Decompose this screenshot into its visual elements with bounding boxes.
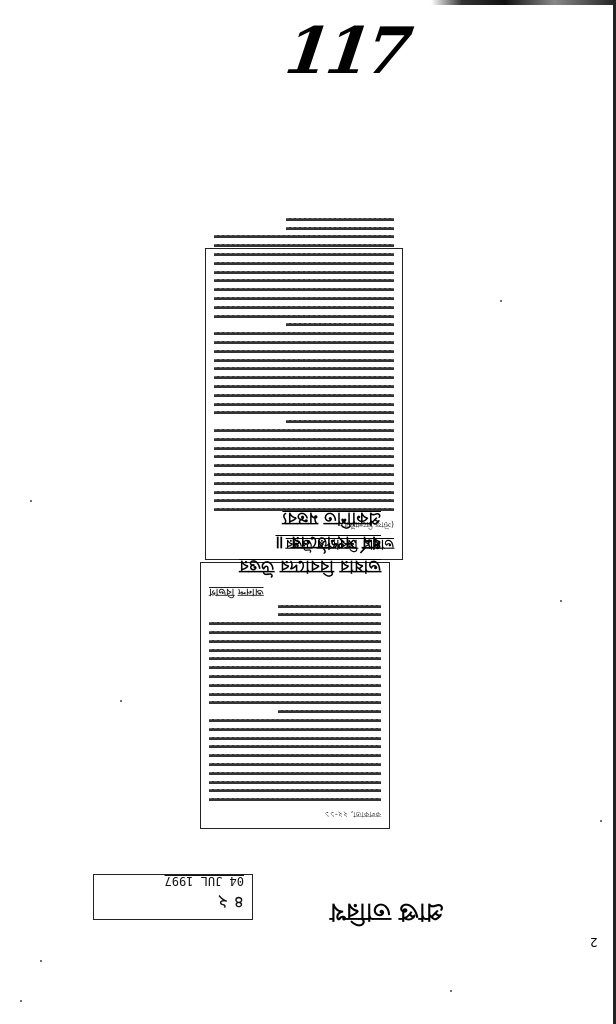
text-line <box>209 781 381 784</box>
text-line <box>214 394 394 397</box>
text-line <box>209 684 381 687</box>
text-line <box>214 297 394 300</box>
text-line <box>209 763 381 766</box>
scan-speckle <box>500 300 502 302</box>
text-line <box>209 666 381 669</box>
text-line <box>286 227 394 230</box>
handwritten-signature: প্রাপ্ত তারিখ <box>330 890 444 930</box>
text-line <box>209 772 381 775</box>
stamp-handwritten: ৪ ২ <box>102 888 244 915</box>
text-line <box>214 482 394 485</box>
text-line <box>209 737 381 740</box>
scan-speckle <box>560 600 562 602</box>
text-line <box>214 279 394 282</box>
text-line <box>214 464 394 467</box>
scan-speckle <box>40 960 42 962</box>
text-line <box>278 710 381 713</box>
text-line <box>214 455 394 458</box>
receipt-stamp: ৪ ২ 04 JUL 1997 <box>93 874 253 920</box>
text-line <box>209 631 381 634</box>
text-line <box>209 622 381 625</box>
text-line <box>278 605 381 608</box>
text-line <box>286 323 394 326</box>
text-line <box>209 719 381 722</box>
newspaper-clipping-lower: কলকাতা, ২২-১১ আনন্দ বিভাগ ভাষার বিবাদের … <box>200 562 390 829</box>
text-line <box>209 693 381 696</box>
text-line <box>214 385 394 388</box>
text-line <box>214 438 394 441</box>
clipping-body-text <box>214 218 394 511</box>
text-line <box>214 236 394 239</box>
text-line <box>214 350 394 353</box>
scan-speckle <box>600 820 602 822</box>
text-line <box>278 613 381 616</box>
text-line <box>214 315 394 318</box>
stamp-date: 04 JUL 1997 <box>102 874 244 888</box>
text-line <box>209 640 381 643</box>
text-line <box>214 491 394 494</box>
edge-mark: 2 <box>590 935 598 949</box>
text-line <box>214 341 394 344</box>
scan-top-edge <box>0 0 616 5</box>
text-line <box>214 447 394 450</box>
page-number: 117 <box>281 14 413 89</box>
text-line <box>214 332 394 335</box>
text-line <box>214 411 394 414</box>
text-line <box>214 403 394 406</box>
text-line <box>209 745 381 748</box>
section-label: আনন্দ বিভাগ <box>209 582 381 599</box>
text-line <box>286 420 394 423</box>
text-line <box>214 499 394 502</box>
clipping-headline-1: ভাষার বিবাদের উত্তর <box>209 554 381 578</box>
clipping-dateline: কলকাতা, ২২-১১ <box>209 807 381 820</box>
text-line <box>286 218 394 221</box>
clipping-headline-2: ধর্ম সংগঠনের ॥ <box>209 530 381 554</box>
text-line <box>209 789 381 792</box>
text-line <box>209 701 381 704</box>
scan-speckle <box>450 990 452 992</box>
text-line <box>214 473 394 476</box>
text-line <box>209 754 381 757</box>
text-line <box>214 253 394 256</box>
text-line <box>214 244 394 247</box>
text-line <box>214 262 394 265</box>
text-line <box>209 798 381 801</box>
scan-speckle <box>20 1000 22 1002</box>
text-line <box>214 359 394 362</box>
text-line <box>214 306 394 309</box>
text-line <box>209 728 381 731</box>
clipping-headline-3: প্রকাশিত মন্তব্য <box>209 506 381 530</box>
text-line <box>214 376 394 379</box>
text-line <box>209 649 381 652</box>
text-line <box>209 657 381 660</box>
text-line <box>214 367 394 370</box>
clipping-body-text <box>209 605 381 802</box>
scan-speckle <box>30 500 32 502</box>
text-line <box>214 429 394 432</box>
text-line <box>214 271 394 274</box>
text-line <box>209 675 381 678</box>
scan-speckle <box>120 700 122 702</box>
text-line <box>214 288 394 291</box>
